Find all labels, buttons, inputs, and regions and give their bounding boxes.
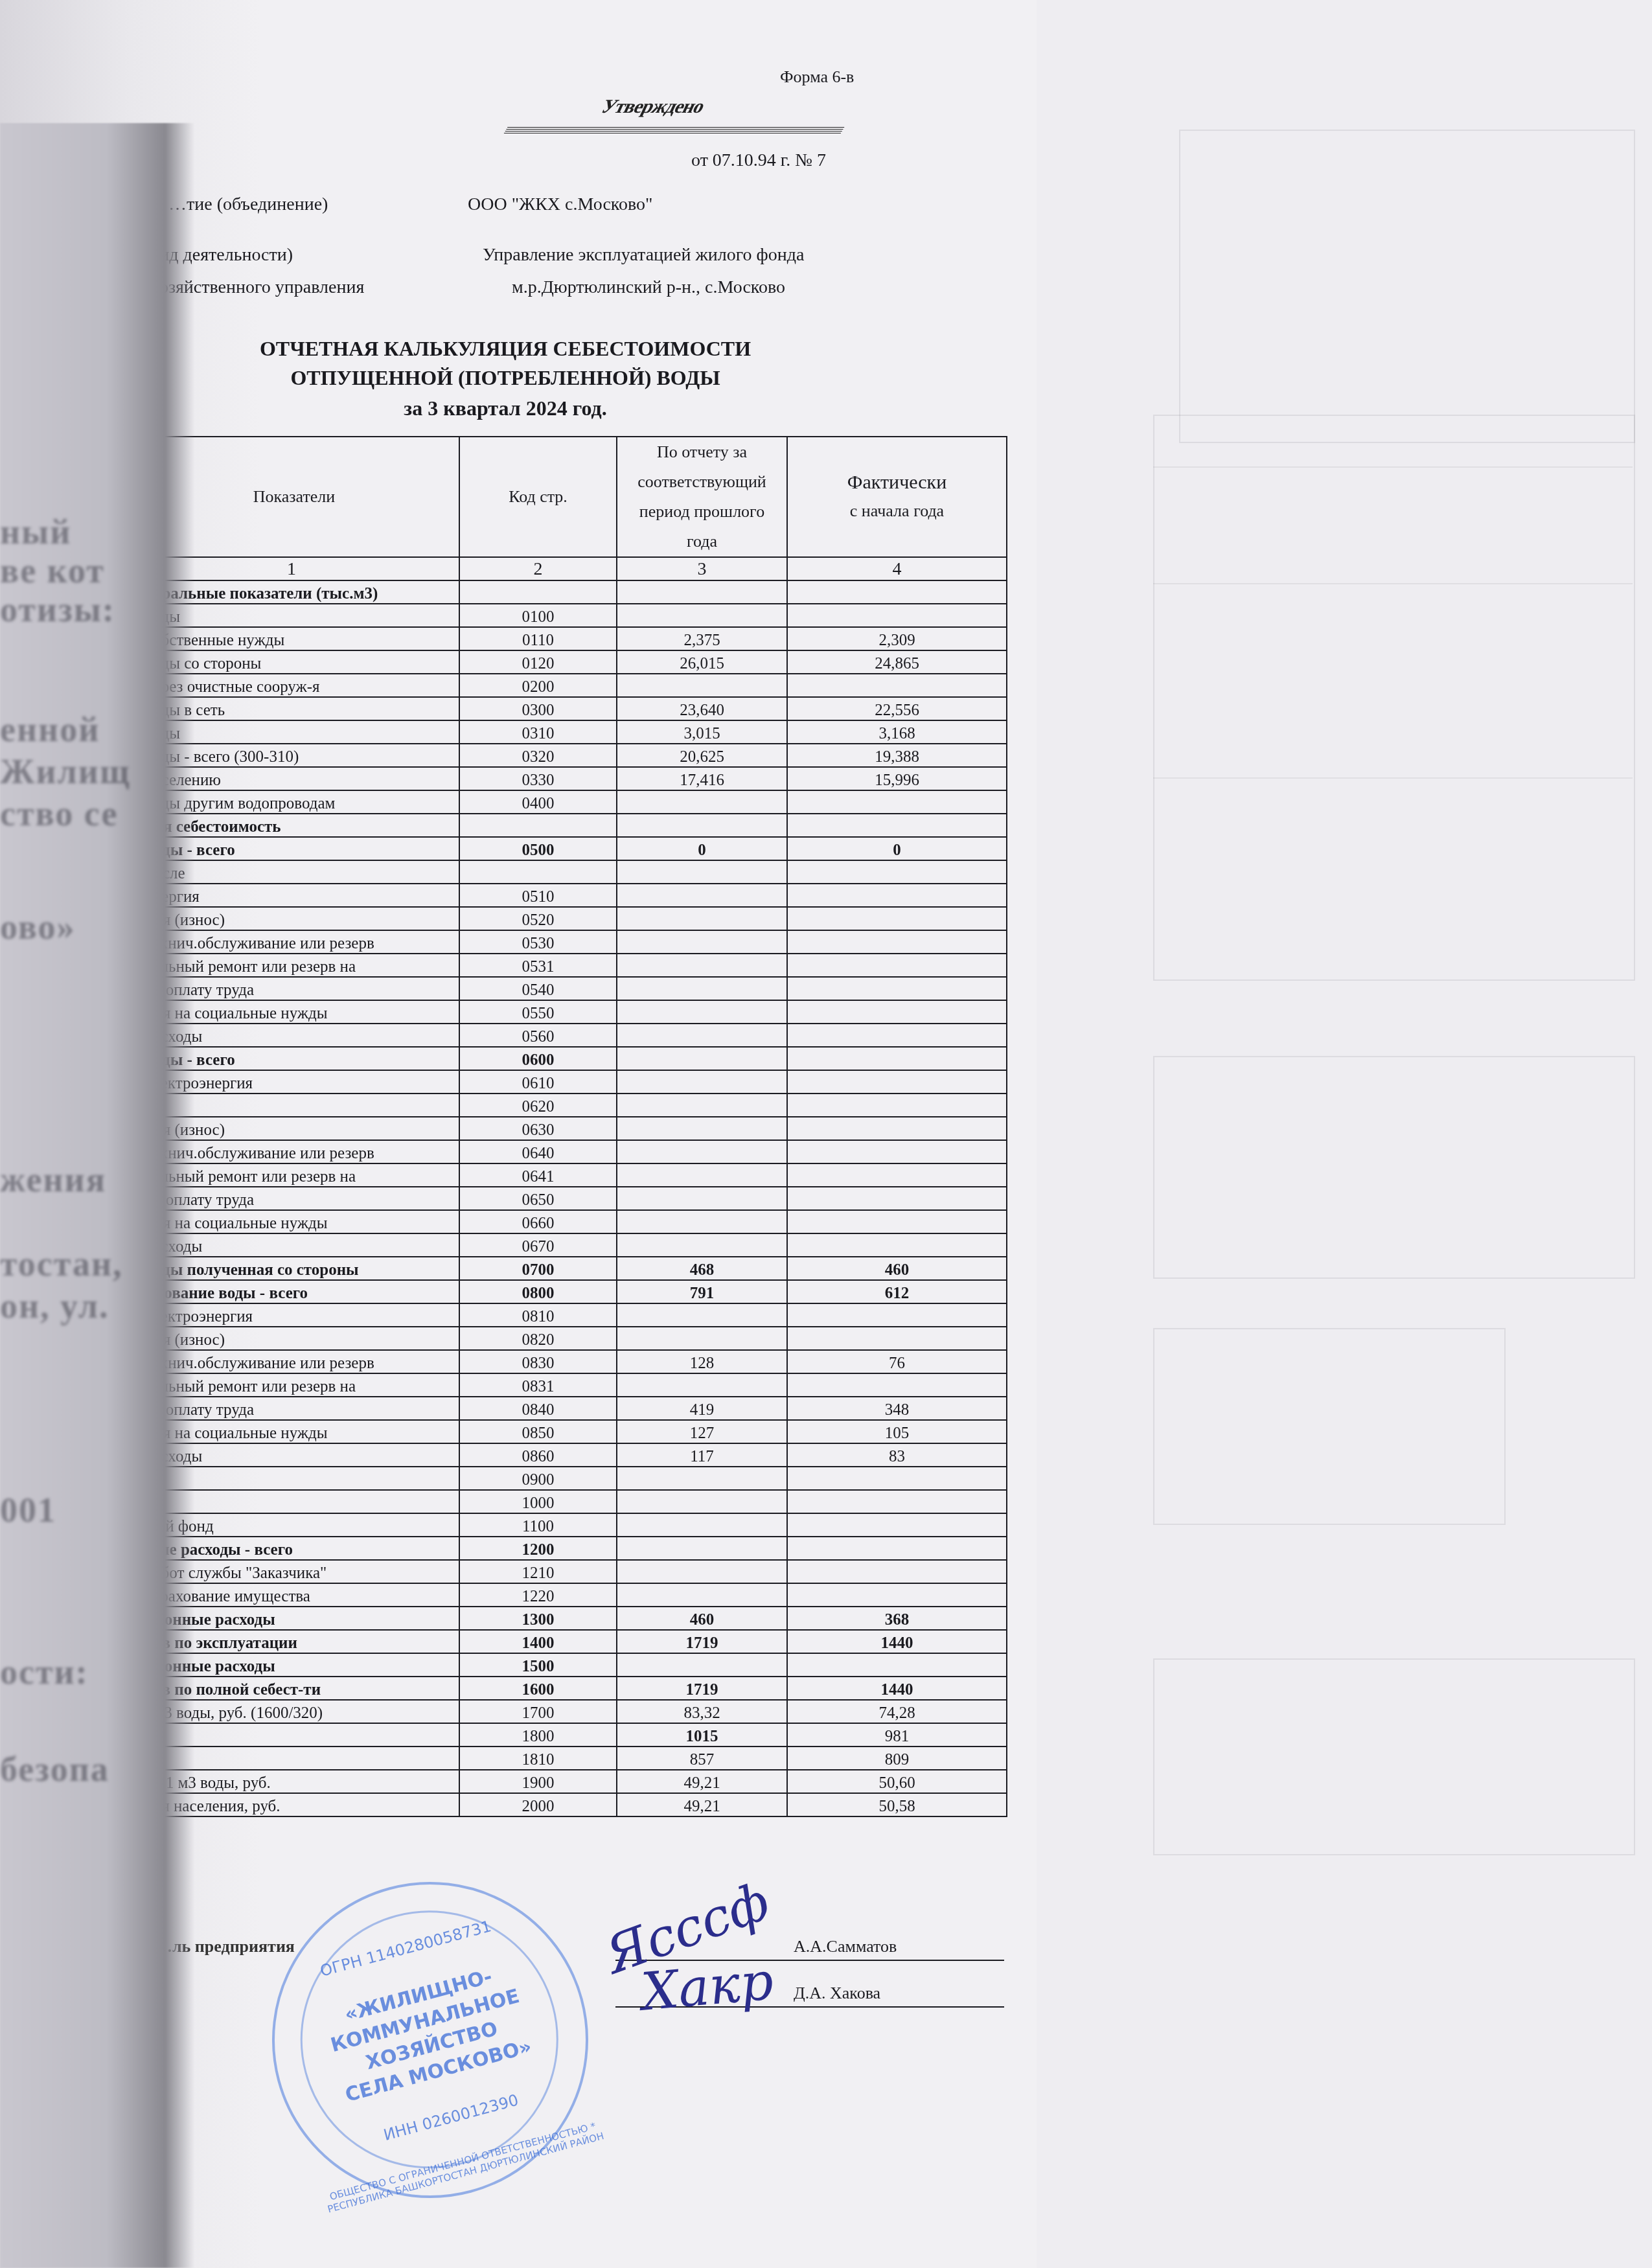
table-row: …на оплату труда0840419348 (130, 1397, 1007, 1420)
prev-period-value: 49,21 (617, 1793, 787, 1816)
approved-date: от 07.10.94 г. № 7 (691, 150, 826, 171)
prev-period-value (617, 1117, 787, 1140)
prev-period-value: 49,21 (617, 1770, 787, 1793)
fact-value: 19,388 (787, 744, 1007, 767)
table-row: …ционные расходы1300460368 (130, 1607, 1007, 1630)
fact-value (787, 1163, 1007, 1187)
table-row: …ирование воды - всего0800791612 (130, 1280, 1007, 1303)
table-row: …ния на социальные нужды0660 (130, 1210, 1007, 1233)
row-code: 0830 (459, 1350, 617, 1373)
overlay-text-fragment: отизы: (0, 590, 115, 630)
row-code: 0620 (459, 1094, 617, 1117)
row-code: 0860 (459, 1443, 617, 1467)
row-code: 0540 (459, 977, 617, 1000)
fact-value: 83 (787, 1443, 1007, 1467)
header-code: Код стр. (459, 437, 617, 557)
prev-period-value: 0 (617, 837, 787, 860)
row-code: 0300 (459, 697, 617, 720)
table-row: …ция (износ)0630 (130, 1117, 1007, 1140)
table-row: …энергия0510 (130, 884, 1007, 907)
fact-value (787, 1513, 1007, 1537)
table-row: …технич.обслуживание или резерв0530 (130, 930, 1007, 954)
fact-value (787, 1467, 1007, 1490)
overlay-text-fragment: енной (0, 709, 100, 750)
fact-value (787, 1373, 1007, 1397)
prev-period-value (617, 1210, 787, 1233)
row-code: 1210 (459, 1560, 617, 1583)
prev-period-value (617, 1583, 787, 1607)
prev-period-value: 23,640 (617, 697, 787, 720)
fact-value: 50,58 (787, 1793, 1007, 1816)
table-row: …через очистные сооруж-я0200 (130, 674, 1007, 697)
prev-period-value: 1719 (617, 1677, 787, 1700)
prev-period-value (617, 604, 787, 627)
table-row: …расходы0560 (130, 1024, 1007, 1047)
row-code: 0530 (459, 930, 617, 954)
prev-period-value (617, 1373, 787, 1397)
fact-value: 1440 (787, 1677, 1007, 1700)
background-page (959, 0, 1652, 2268)
prev-period-value (617, 977, 787, 1000)
row-code: 0850 (459, 1420, 617, 1443)
prev-period-value (617, 1094, 787, 1117)
table-row: …технич.обслуживание или резерв0640 (130, 1140, 1007, 1163)
row-code: 0831 (459, 1373, 617, 1397)
row-code: 0610 (459, 1070, 617, 1094)
row-code: 0510 (459, 884, 617, 907)
row-code: 0900 (459, 1467, 617, 1490)
table-row: …воды в сеть030023,64022,556 (130, 697, 1007, 720)
fact-value: 3,168 (787, 720, 1007, 744)
table-row: …ный фонд1100 (130, 1513, 1007, 1537)
table-row: …на 1 м3 воды, руб.190049,2150,60 (130, 1770, 1007, 1793)
fact-value: 0 (787, 837, 1007, 860)
ghost-box-top (1179, 130, 1635, 443)
cost-calculation-table: Показатели Код стр. По отчету за соответ… (130, 436, 1007, 1817)
row-code: 0330 (459, 767, 617, 790)
fact-value: 460 (787, 1257, 1007, 1280)
fact-value (787, 977, 1007, 1000)
fact-value (787, 1070, 1007, 1094)
prev-period-value (617, 674, 787, 697)
fact-value (787, 884, 1007, 907)
header-fact-sub: с начала года (793, 497, 1001, 525)
overlay-text-fragment: 001 (0, 1490, 56, 1530)
table-row: …технич.обслуживание или резерв083012876 (130, 1350, 1007, 1373)
fact-value: 24,865 (787, 650, 1007, 674)
fact-value (787, 1047, 1007, 1070)
fact-value: 74,28 (787, 1700, 1007, 1723)
fact-value (787, 1560, 1007, 1583)
prev-period-value (617, 1187, 787, 1210)
prev-period-value: 20,625 (617, 744, 787, 767)
prev-period-value: 17,416 (617, 767, 787, 790)
row-code: 0630 (459, 1117, 617, 1140)
prev-period-value: 468 (617, 1257, 787, 1280)
fact-value (787, 1187, 1007, 1210)
overlay-text-fragment: жения (0, 1160, 106, 1200)
table-row: …воды - всего0600 (130, 1047, 1007, 1070)
table-row: …расходы0670 (130, 1233, 1007, 1257)
doc-title-period: за 3 квартал 2024 год. (194, 396, 816, 420)
row-code: 0100 (459, 604, 617, 627)
row-code: 1300 (459, 1607, 617, 1630)
table-row: …ная себестоимость (130, 814, 1007, 837)
prev-period-value (617, 907, 787, 930)
management-value: м.р.Дюртюлинский р-н., с.Москово (512, 277, 785, 298)
column-number-row: 1 2 3 4 (130, 557, 1007, 580)
approved-label: Утверждено (597, 96, 708, 118)
prev-period-value (617, 1303, 787, 1327)
prev-period-value (617, 884, 787, 907)
table-row: …воды полученная со стороны0700468460 (130, 1257, 1007, 1280)
table-row: …ция (износ)0820 (130, 1327, 1007, 1350)
table-row: …страхование имущества1220 (130, 1583, 1007, 1607)
fact-value (787, 1583, 1007, 1607)
overlay-text-fragment: ости: (0, 1652, 89, 1692)
director-name: А.А.Самматов (794, 1937, 897, 1956)
fact-value: 76 (787, 1350, 1007, 1373)
ghost-table-2 (1153, 1056, 1635, 1279)
row-code: 0700 (459, 1257, 617, 1280)
row-code: 0110 (459, 627, 617, 650)
table-row: …ния на социальные нужды0850127105 (130, 1420, 1007, 1443)
overlay-text-fragment: он, ул. (0, 1286, 109, 1326)
fact-value: 348 (787, 1397, 1007, 1420)
fact-value (787, 930, 1007, 954)
table-row: …воды - всего050000 (130, 837, 1007, 860)
prev-period-value (617, 860, 787, 884)
table-row: …электроэнергия0810 (130, 1303, 1007, 1327)
row-code: 0640 (459, 1140, 617, 1163)
row-code: 0320 (459, 744, 617, 767)
table-row: …на оплату труда0540 (130, 977, 1007, 1000)
fact-value (787, 1233, 1007, 1257)
row-code: 1500 (459, 1653, 617, 1677)
row-code (459, 814, 617, 837)
table-row: …туральные показатели (тыс.м3) (130, 580, 1007, 604)
fact-value (787, 674, 1007, 697)
row-code (459, 860, 617, 884)
table-row: …воды - всего (300-310)032020,62519,388 (130, 744, 1007, 767)
prev-period-value: 127 (617, 1420, 787, 1443)
fact-value (787, 1303, 1007, 1327)
prev-period-value (617, 1490, 787, 1513)
prev-period-value: 83,32 (617, 1700, 787, 1723)
prev-period-value (617, 1047, 787, 1070)
fact-value (787, 1094, 1007, 1117)
prev-period-value (617, 814, 787, 837)
fact-value (787, 954, 1007, 977)
prev-period-value: 117 (617, 1443, 787, 1467)
column-number: 4 (787, 557, 1007, 580)
table-row: …дов по эксплуатации140017191440 (130, 1630, 1007, 1653)
prev-period-value (617, 1537, 787, 1560)
table-row: …собственные нужды01102,3752,309 (130, 627, 1007, 650)
accountant-signature: Хакр (639, 1951, 775, 2022)
prev-period-value (617, 1163, 787, 1187)
row-code: 0670 (459, 1233, 617, 1257)
row-code: 0650 (459, 1187, 617, 1210)
fact-value (787, 1537, 1007, 1560)
table-row: …тальный ремонт или резерв на0831 (130, 1373, 1007, 1397)
prev-period-value (617, 1024, 787, 1047)
overlay-text-fragment: ный (0, 512, 71, 552)
row-code: 0531 (459, 954, 617, 977)
fact-value (787, 1024, 1007, 1047)
row-code: 0310 (459, 720, 617, 744)
prev-period-value: 857 (617, 1747, 787, 1770)
fact-value: 15,996 (787, 767, 1007, 790)
fact-value: 105 (787, 1420, 1007, 1443)
table-row: …ционные расходы1500 (130, 1653, 1007, 1677)
ghost-table (1153, 415, 1635, 981)
prev-period-value (617, 930, 787, 954)
fact-value (787, 580, 1007, 604)
row-code: 1200 (459, 1537, 617, 1560)
prev-period-value: 128 (617, 1350, 787, 1373)
row-code: 0550 (459, 1000, 617, 1024)
table-row: …электроэнергия0610 (130, 1070, 1007, 1094)
fact-value (787, 1653, 1007, 1677)
row-code: 1700 (459, 1700, 617, 1723)
row-code: 1100 (459, 1513, 617, 1537)
prev-period-value: 419 (617, 1397, 787, 1420)
form-label: Форма 6-в (780, 67, 854, 87)
activity-value: Управление эксплуатацией жилого фонда (483, 245, 804, 266)
fact-value (787, 907, 1007, 930)
table-row: …воды03103,0153,168 (130, 720, 1007, 744)
approved-strike-decoration (503, 127, 845, 135)
prev-period-value (617, 1560, 787, 1583)
fact-value (787, 814, 1007, 837)
table-row: …0620 (130, 1094, 1007, 1117)
fact-value: 22,556 (787, 697, 1007, 720)
fact-value (787, 604, 1007, 627)
row-code: 0600 (459, 1047, 617, 1070)
fact-value: 50,60 (787, 1770, 1007, 1793)
table-row: …1810857809 (130, 1747, 1007, 1770)
fact-value: 1440 (787, 1630, 1007, 1653)
table-row: …расходы086011783 (130, 1443, 1007, 1467)
overlay-text-fragment: ве кот (0, 551, 105, 591)
row-code: 0500 (459, 837, 617, 860)
ghost-table-3 (1153, 1328, 1506, 1525)
overlay-text-fragment: тостан, (0, 1244, 123, 1284)
header-prev-period: По отчету за соответствующий период прош… (617, 437, 787, 557)
row-code: 2000 (459, 1793, 617, 1816)
prev-period-value: 791 (617, 1280, 787, 1303)
fact-value (787, 1490, 1007, 1513)
doc-title-line1: ОТЧЕТНАЯ КАЛЬКУЛЯЦИЯ СЕБЕСТОИМОСТИ (194, 337, 816, 361)
prev-period-value (617, 954, 787, 977)
fact-value: 368 (787, 1607, 1007, 1630)
table-body: 1 2 3 4 …туральные показатели (тыс.м3)…в… (130, 557, 1007, 1816)
company-stamp: ОГРН 1140280058731 «ЖИЛИЩНО-КОММУНАЛЬНОЕ… (236, 1846, 624, 2234)
row-code: 0820 (459, 1327, 617, 1350)
table-row: …ция (износ)0520 (130, 907, 1007, 930)
row-code: 0400 (459, 790, 617, 814)
prev-period-value (617, 1327, 787, 1350)
fact-value (787, 1117, 1007, 1140)
column-number: 3 (617, 557, 787, 580)
table-row: …ния на социальные нужды0550 (130, 1000, 1007, 1024)
fact-value (787, 1210, 1007, 1233)
prev-period-value (617, 1467, 787, 1490)
fact-value (787, 790, 1007, 814)
row-code: 1800 (459, 1723, 617, 1747)
prev-period-value (617, 580, 787, 604)
ghost-table-4 (1153, 1658, 1635, 1855)
row-code: 1400 (459, 1630, 617, 1653)
header-fact: Фактически с начала года (787, 437, 1007, 557)
table-row: …воды0100 (130, 604, 1007, 627)
fact-value: 2,309 (787, 627, 1007, 650)
overlay-text-fragment: безопа (0, 1749, 109, 1789)
table-row: …тальный ремонт или резерв на0641 (130, 1163, 1007, 1187)
row-code: 0560 (459, 1024, 617, 1047)
column-number: 2 (459, 557, 617, 580)
table-row: …для населения, руб.200049,2150,58 (130, 1793, 1007, 1816)
table-row: …дов по полной себест-ти160017191440 (130, 1677, 1007, 1700)
row-code: 1900 (459, 1770, 617, 1793)
fact-value (787, 1327, 1007, 1350)
fact-value (787, 1000, 1007, 1024)
row-code: 0120 (459, 650, 617, 674)
table-row: …18001015981 (130, 1723, 1007, 1747)
fact-value: 981 (787, 1723, 1007, 1747)
row-code: 0200 (459, 674, 617, 697)
fact-value: 809 (787, 1747, 1007, 1770)
table-row: …на оплату труда0650 (130, 1187, 1007, 1210)
table-row: …1м3 воды, руб. (1600/320)170083,3274,28 (130, 1700, 1007, 1723)
table-header-row: Показатели Код стр. По отчету за соответ… (130, 437, 1007, 557)
row-code: 0660 (459, 1210, 617, 1233)
prev-period-value: 1015 (617, 1723, 787, 1747)
table-row: …воды другим водопроводам0400 (130, 790, 1007, 814)
row-code: 1000 (459, 1490, 617, 1513)
prev-period-value (617, 1653, 787, 1677)
table-row: 0900 (130, 1467, 1007, 1490)
prev-period-value (617, 790, 787, 814)
table-row: …работ службы "Заказчика"1210 (130, 1560, 1007, 1583)
table-row: …воды со стороны012026,01524,865 (130, 650, 1007, 674)
prev-period-value (617, 1070, 787, 1094)
row-code: 0520 (459, 907, 617, 930)
row-code: 0840 (459, 1397, 617, 1420)
prev-period-value: 2,375 (617, 627, 787, 650)
row-code: 1600 (459, 1677, 617, 1700)
row-code (459, 580, 617, 604)
overlay-text-fragment: Жилищ (0, 751, 131, 792)
fact-value: 612 (787, 1280, 1007, 1303)
fact-value (787, 1140, 1007, 1163)
overlay-text-fragment: ово» (0, 907, 75, 947)
table-row: …числе (130, 860, 1007, 884)
prev-period-value (617, 1000, 787, 1024)
prev-period-value: 460 (617, 1607, 787, 1630)
prev-period-value (617, 1233, 787, 1257)
prev-period-value (617, 1140, 787, 1163)
prev-period-value: 1719 (617, 1630, 787, 1653)
row-code: 1810 (459, 1747, 617, 1770)
row-code: 1220 (459, 1583, 617, 1607)
prev-period-value: 26,015 (617, 650, 787, 674)
row-code: 0800 (459, 1280, 617, 1303)
header-fact-title: Фактически (793, 468, 1001, 497)
prev-period-value: 3,015 (617, 720, 787, 744)
accountant-name: Д.А. Хакова (794, 1984, 880, 2003)
row-code: 0641 (459, 1163, 617, 1187)
table-row: …населению033017,41615,996 (130, 767, 1007, 790)
doc-title-line2: ОТПУЩЕННОЙ (ПОТРЕБЛЕННОЙ) ВОДЫ (194, 366, 816, 390)
row-code: 0810 (459, 1303, 617, 1327)
enterprise-value: ООО "ЖКХ с.Москово" (468, 194, 652, 215)
table-row: …мые расходы - всего1200 (130, 1537, 1007, 1560)
table-row: …тальный ремонт или резерв на0531 (130, 954, 1007, 977)
overlay-text-fragment: ство се (0, 794, 118, 834)
table-row: 1000 (130, 1490, 1007, 1513)
prev-period-value (617, 1513, 787, 1537)
fact-value (787, 860, 1007, 884)
